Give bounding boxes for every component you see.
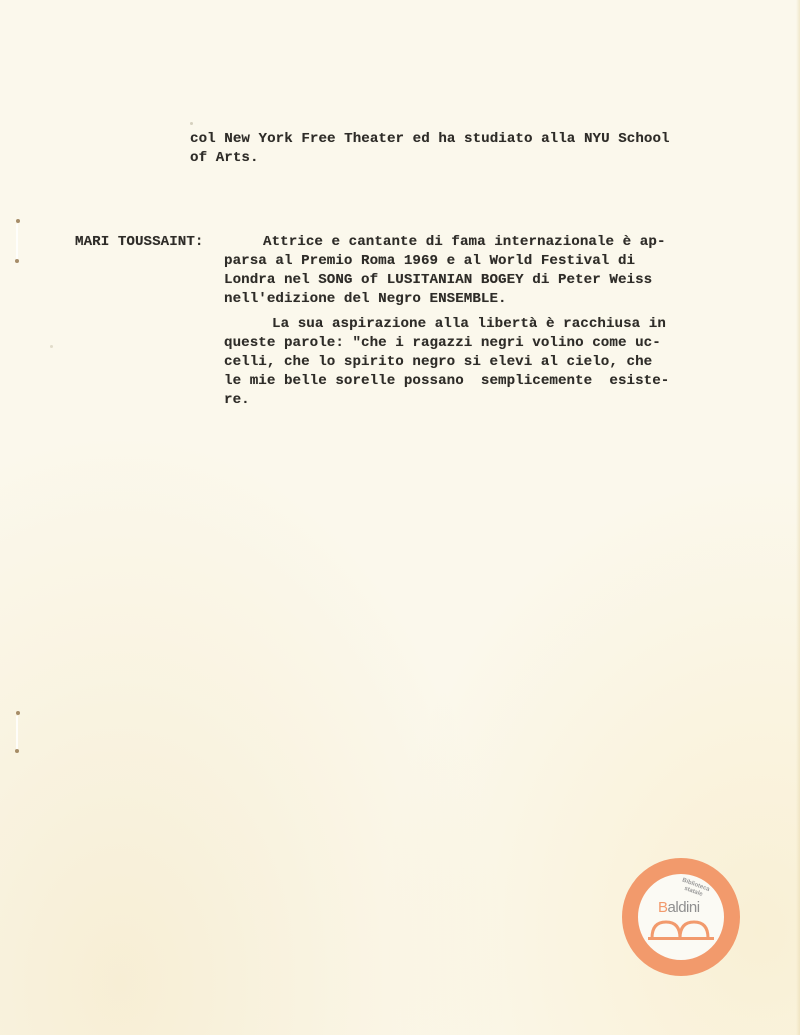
stamp-name: Baldini [658, 900, 700, 916]
continuation-line: col New York Free Theater ed ha studiato… [190, 130, 670, 149]
paragraph-line: La sua aspirazione alla libertà è racchi… [272, 315, 666, 334]
paragraph-line: le mie belle sorelle possano semplicemen… [224, 372, 669, 391]
binding-mark [15, 749, 19, 753]
open-book-icon [648, 918, 714, 940]
paragraph-line: queste parole: "che i ragazzi negri voli… [224, 334, 661, 353]
binding-mark [15, 259, 19, 263]
paragraph-line: Attrice e cantante di fama internazional… [263, 233, 666, 252]
document-page: col New York Free Theater ed ha studiato… [0, 0, 800, 1035]
entry-label: MARI TOUSSAINT: [75, 233, 203, 252]
stamp-subtitle: Biblioteca statale [678, 878, 710, 901]
paper-edge [796, 0, 800, 1035]
paragraph-line: Londra nel SONG of LUSITANIAN BOGEY di P… [224, 271, 652, 290]
paper-speck [50, 345, 53, 348]
paragraph-line: re. [224, 391, 250, 410]
continuation-line: of Arts. [190, 149, 259, 168]
paragraph-line: celli, che lo spirito negro si elevi al … [224, 353, 652, 372]
library-stamp: Biblioteca statale Baldini [622, 858, 740, 976]
binding-crease [16, 224, 18, 260]
paragraph-line: parsa al Premio Roma 1969 e al World Fes… [224, 252, 635, 271]
paragraph-line: nell'edizione del Negro ENSEMBLE. [224, 290, 507, 309]
stamp-name-rest: aldini [668, 899, 700, 916]
binding-mark [16, 219, 20, 223]
binding-crease [16, 716, 18, 750]
stamp-name-initial: B [658, 899, 668, 916]
binding-mark [16, 711, 20, 715]
paper-speck [190, 122, 193, 125]
